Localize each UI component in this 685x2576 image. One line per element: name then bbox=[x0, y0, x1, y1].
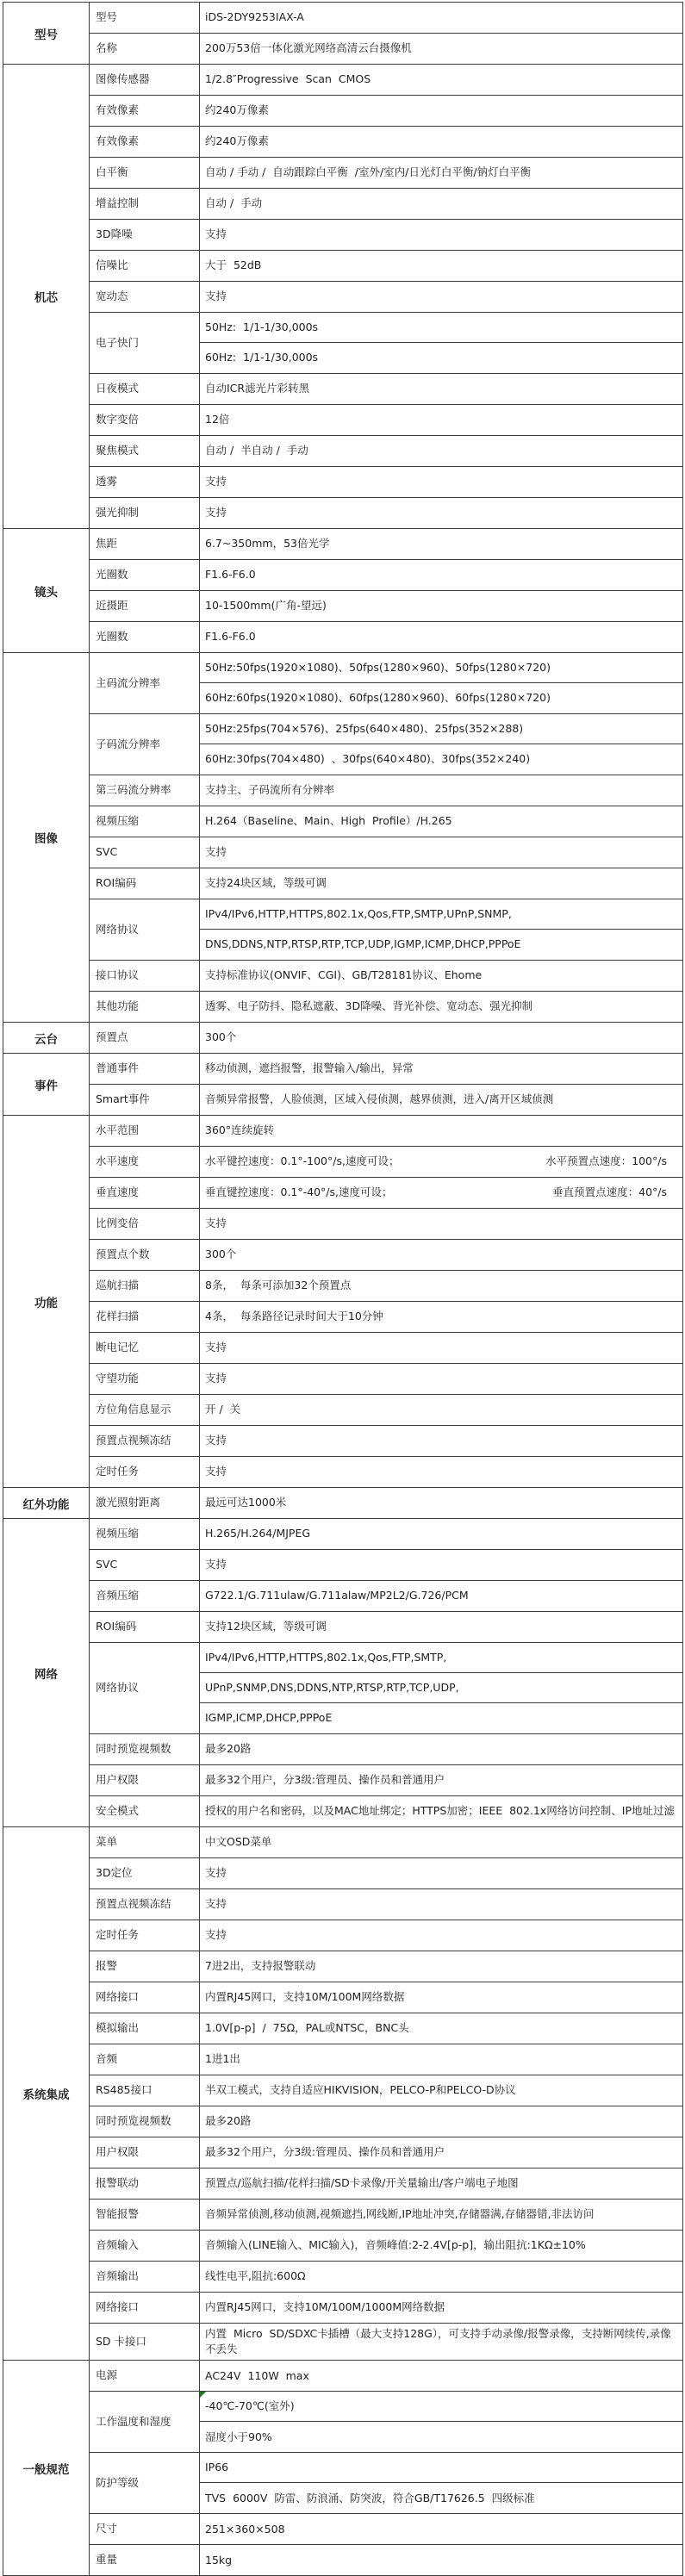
spec-value: 60Hz: 1/1-1/30,000s bbox=[200, 343, 682, 373]
spec-label: 预置点视频冻结 bbox=[90, 1889, 200, 1920]
spec-values: 垂直键控速度：0.1°-40°/s,速度可设；垂直预置点速度：40°/s bbox=[200, 1178, 682, 1208]
spec-values: 15kg bbox=[200, 2545, 682, 2575]
spec-label: 报警联动 bbox=[90, 2168, 200, 2199]
section-rows: 视频压缩H.265/H.264/MJPEGSVC支持音频压缩G722.1/G.7… bbox=[90, 1519, 682, 1826]
spec-values: 251×360×508 bbox=[200, 2514, 682, 2544]
spec-label: 光圈数 bbox=[90, 560, 200, 590]
spec-value: 支持 bbox=[200, 1858, 682, 1888]
spec-row: 光圈数F1.6-F6.0 bbox=[90, 622, 682, 652]
spec-label: 同时预览视频数 bbox=[90, 2106, 200, 2137]
spec-row: 焦距6.7~350mm，53倍光学 bbox=[90, 529, 682, 560]
spec-label: 定时任务 bbox=[90, 1920, 200, 1951]
spec-values: 移动侦测，遮挡报警，报警输入/输出，异常 bbox=[200, 1054, 682, 1084]
spec-row: 预置点视频冻结支持 bbox=[90, 1426, 682, 1457]
spec-label: 方位角信息显示 bbox=[90, 1395, 200, 1425]
spec-label: 接口协议 bbox=[90, 961, 200, 991]
spec-values: 支持主、子码流所有分辨率 bbox=[200, 775, 682, 806]
spec-value: 预置点/巡航扫描/花样扫描/SD卡录像/开关量输出/客户端电子地图 bbox=[200, 2168, 682, 2199]
category-cell: 网络 bbox=[3, 1519, 90, 1826]
spec-value: 支持 bbox=[200, 498, 682, 528]
spec-section: 一般规范电源AC24V 110W max工作温度和湿度-40℃-70℃(室外)湿… bbox=[3, 2361, 682, 2575]
spec-values: 最多32个用户，分3级:管理员、操作员和普通用户 bbox=[200, 1765, 682, 1795]
spec-row: 音频压缩G722.1/G.711ulaw/G.711alaw/MP2L2/G.7… bbox=[90, 1581, 682, 1612]
spec-values: IP66TVS 6000V 防雷、防浪涌、防突波，符合GB/T17626.5 四… bbox=[200, 2453, 682, 2513]
spec-values: 约240万像素 bbox=[200, 96, 682, 126]
spec-value: 支持 bbox=[200, 467, 682, 497]
spec-label: 有效像素 bbox=[90, 127, 200, 157]
spec-value: 1.0V[p-p] / 75Ω，PAL或NTSC，BNC头 bbox=[200, 2013, 682, 2044]
spec-values: 支持 bbox=[200, 1889, 682, 1920]
spec-label: 音频压缩 bbox=[90, 1581, 200, 1611]
spec-value: UPnP,SNMP,DNS,DDNS,NTP,RTSP,RTP,TCP,UDP, bbox=[200, 1673, 682, 1703]
spec-values: IPv4/IPv6,HTTP,HTTPS,802.1x,Qos,FTP,SMTP… bbox=[200, 899, 682, 960]
spec-row: 信噪比大于 52dB bbox=[90, 251, 682, 282]
spec-row: 水平范围360°连续旋转 bbox=[90, 1116, 682, 1147]
spec-values: 半双工模式，支持自适应HIKVISION，PELCO-P和PELCO-D协议 bbox=[200, 2075, 682, 2106]
spec-label: 音频输出 bbox=[90, 2262, 200, 2292]
spec-row: 用户权限最多32个用户，分3级:管理员、操作员和普通用户 bbox=[90, 2137, 682, 2168]
spec-value: 8条， 每条可添加32个预置点 bbox=[200, 1271, 682, 1301]
spec-section: 型号型号iDS-2DY9253IAX-A名称200万53倍一体化激光网络高清云台… bbox=[3, 3, 682, 65]
spec-value: 251×360×508 bbox=[200, 2514, 682, 2544]
section-rows: 水平范围360°连续旋转水平速度水平键控速度：0.1°-100°/s,速度可设；… bbox=[90, 1116, 682, 1487]
spec-values: 授权的用户名和密码，以及MAC地址绑定；HTTPS加密；IEEE 802.1x网… bbox=[200, 1796, 682, 1826]
spec-values: 360°连续旋转 bbox=[200, 1116, 682, 1146]
spec-values: 水平键控速度：0.1°-100°/s,速度可设；水平预置点速度：100°/s bbox=[200, 1147, 682, 1177]
spec-row: 子码流分辨率50Hz:25fps(704×576)、25fps(640×480)… bbox=[90, 714, 682, 775]
spec-value: IGMP,ICMP,DHCP,PPPoE bbox=[200, 1703, 682, 1733]
spec-label: 3D定位 bbox=[90, 1858, 200, 1888]
spec-value: G722.1/G.711ulaw/G.711alaw/MP2L2/G.726/P… bbox=[200, 1581, 682, 1611]
spec-row: 网络协议IPv4/IPv6,HTTP,HTTPS,802.1x,Qos,FTP,… bbox=[90, 899, 682, 961]
spec-value: 授权的用户名和密码，以及MAC地址绑定；HTTPS加密；IEEE 802.1x网… bbox=[200, 1796, 682, 1826]
spec-row: 宽动态支持 bbox=[90, 282, 682, 313]
spec-value: 支持主、子码流所有分辨率 bbox=[200, 775, 682, 806]
spec-section: 镜头焦距6.7~350mm，53倍光学光圈数F1.6-F6.0近摄距10-150… bbox=[3, 529, 682, 653]
spec-row: 光圈数F1.6-F6.0 bbox=[90, 560, 682, 591]
spec-value: 自动ICR滤光片彩转黑 bbox=[200, 374, 682, 404]
spec-value: 约240万像素 bbox=[200, 96, 682, 126]
spec-label: 报警 bbox=[90, 1951, 200, 1982]
spec-label: 日夜模式 bbox=[90, 374, 200, 404]
spec-label: 工作温度和湿度 bbox=[90, 2392, 200, 2452]
spec-values: 支持 bbox=[200, 1209, 682, 1239]
spec-row: 主码流分辨率50Hz:50fps(1920×1080)、50fps(1280×9… bbox=[90, 653, 682, 714]
spec-value: DNS,DDNS,NTP,RTSP,RTP,TCP,UDP,IGMP,ICMP,… bbox=[200, 930, 682, 960]
spec-row: 聚焦模式自动 / 半自动 / 手动 bbox=[90, 436, 682, 467]
spec-value: 60Hz:60fps(1920×1080)、60fps(1280×960)、60… bbox=[200, 683, 682, 713]
spec-label: 名称 bbox=[90, 34, 200, 64]
spec-values: 音频异常报警，人脸侦测，区域入侵侦测，越界侦测，进入/离开区域侦测 bbox=[200, 1085, 682, 1115]
spec-row: 激光照射距离最远可达1000米 bbox=[90, 1488, 682, 1518]
spec-value: 水平键控速度：0.1°-100°/s,速度可设；水平预置点速度：100°/s bbox=[200, 1147, 682, 1177]
spec-row: 花样扫描4条， 每条路径记录时间大于10分钟 bbox=[90, 1302, 682, 1333]
spec-row: SVC支持 bbox=[90, 1550, 682, 1581]
spec-values: F1.6-F6.0 bbox=[200, 622, 682, 652]
spec-row: 报警联动预置点/巡航扫描/花样扫描/SD卡录像/开关量输出/客户端电子地图 bbox=[90, 2168, 682, 2200]
spec-values: 内置RJ45网口，支持10M/100M网络数据 bbox=[200, 1982, 682, 2013]
spec-section: 机芯图像传感器1/2.8″Progressive Scan CMOS有效像素约2… bbox=[3, 65, 682, 529]
spec-row: 音频输入音频输入(LINE输入、MIC输入)，音频峰值:2-2.4V[p-p]，… bbox=[90, 2231, 682, 2262]
spec-label: SD 卡接口 bbox=[90, 2324, 200, 2360]
spec-values: 6.7~350mm，53倍光学 bbox=[200, 529, 682, 559]
spec-row: 报警7进2出，支持报警联动 bbox=[90, 1951, 682, 1982]
spec-value: 60Hz:30fps(704×480) 、30fps(640×480)、30fp… bbox=[200, 744, 682, 775]
spec-value: IPv4/IPv6,HTTP,HTTPS,802.1x,Qos,FTP,SMTP… bbox=[200, 899, 682, 930]
spec-row: 防护等级IP66TVS 6000V 防雷、防浪涌、防突波，符合GB/T17626… bbox=[90, 2453, 682, 2514]
spec-row: 预置点个数300个 bbox=[90, 1240, 682, 1271]
spec-row: 方位角信息显示开 / 关 bbox=[90, 1395, 682, 1426]
spec-label: 守望功能 bbox=[90, 1364, 200, 1394]
category-cell: 镜头 bbox=[3, 529, 90, 652]
spec-values: H.264（Baseline、Main、High Profile）/H.265 bbox=[200, 806, 682, 837]
spec-value: 7进2出，支持报警联动 bbox=[200, 1951, 682, 1982]
spec-value: 最远可达1000米 bbox=[200, 1488, 682, 1518]
spec-label: 安全模式 bbox=[90, 1796, 200, 1826]
spec-values: 最多32个用户，分3级:管理员、操作员和普通用户 bbox=[200, 2137, 682, 2168]
spec-row: 安全模式授权的用户名和密码，以及MAC地址绑定；HTTPS加密；IEEE 802… bbox=[90, 1796, 682, 1826]
spec-value: 4条， 每条路径记录时间大于10分钟 bbox=[200, 1302, 682, 1332]
section-rows: 菜单中文OSD菜单3D定位支持预置点视频冻结支持定时任务支持报警7进2出，支持报… bbox=[90, 1827, 682, 2360]
spec-values: 最多20路 bbox=[200, 2106, 682, 2137]
spec-row: 垂直速度垂直键控速度：0.1°-40°/s,速度可设；垂直预置点速度：40°/s bbox=[90, 1178, 682, 1209]
spec-value: 中文OSD菜单 bbox=[200, 1827, 682, 1857]
spec-label: 用户权限 bbox=[90, 2137, 200, 2168]
spec-value: 支持 bbox=[200, 1457, 682, 1487]
spec-value: 最多20路 bbox=[200, 2106, 682, 2137]
spec-values: 支持 bbox=[200, 1858, 682, 1888]
spec-label: 垂直速度 bbox=[90, 1178, 200, 1208]
spec-value: 开 / 关 bbox=[200, 1395, 682, 1425]
section-rows: 焦距6.7~350mm，53倍光学光圈数F1.6-F6.0近摄距10-1500m… bbox=[90, 529, 682, 652]
spec-values: 支持12块区域，等级可调 bbox=[200, 1612, 682, 1642]
spec-value: 音频异常报警，人脸侦测，区域入侵侦测，越界侦测，进入/离开区域侦测 bbox=[200, 1085, 682, 1115]
spec-label: 重量 bbox=[90, 2545, 200, 2575]
spec-value: 内置RJ45网口，支持10M/100M/1000M网络数据 bbox=[200, 2293, 682, 2323]
spec-values: AC24V 110W max bbox=[200, 2361, 682, 2391]
spec-label: 音频 bbox=[90, 2044, 200, 2075]
spec-row: 第三码流分辨率支持主、子码流所有分辨率 bbox=[90, 775, 682, 806]
spec-row: 守望功能支持 bbox=[90, 1364, 682, 1395]
spec-values: 自动ICR滤光片彩转黑 bbox=[200, 374, 682, 404]
spec-value: 支持 bbox=[200, 1333, 682, 1363]
spec-row: 网络接口内置RJ45网口，支持10M/100M/1000M网络数据 bbox=[90, 2293, 682, 2324]
spec-label: SVC bbox=[90, 837, 200, 868]
spec-value: F1.6-F6.0 bbox=[200, 622, 682, 652]
section-rows: 电源AC24V 110W max工作温度和湿度-40℃-70℃(室外)湿度小于9… bbox=[90, 2361, 682, 2575]
spec-row: 接口协议支持标准协议(ONVIF、CGI)、GB/T28181协议、Ehome bbox=[90, 961, 682, 992]
spec-label: 第三码流分辨率 bbox=[90, 775, 200, 806]
spec-row: 白平衡自动 / 手动 / 自动跟踪白平衡 /室外/室内/日光灯白平衡/钠灯白平衡 bbox=[90, 158, 682, 189]
spec-label: 增益控制 bbox=[90, 189, 200, 219]
section-rows: 激光照射距离最远可达1000米 bbox=[90, 1488, 682, 1518]
spec-label: 同时预览视频数 bbox=[90, 1734, 200, 1764]
spec-value: 支持 bbox=[200, 1364, 682, 1394]
spec-value: 支持 bbox=[200, 1550, 682, 1580]
spec-values: IPv4/IPv6,HTTP,HTTPS,802.1x,Qos,FTP,SMTP… bbox=[200, 1643, 682, 1733]
spec-label: 巡航扫描 bbox=[90, 1271, 200, 1301]
spec-label: 其他功能 bbox=[90, 992, 200, 1022]
spec-values: 支持 bbox=[200, 498, 682, 528]
spec-values: 50Hz: 1/1-1/30,000s60Hz: 1/1-1/30,000s bbox=[200, 313, 682, 373]
spec-values: 300个 bbox=[200, 1240, 682, 1270]
spec-value: 自动 / 手动 bbox=[200, 189, 682, 219]
spec-label: 电子快门 bbox=[90, 313, 200, 373]
spec-values: 支持24块区域，等级可调 bbox=[200, 868, 682, 899]
spec-row: 比例变倍支持 bbox=[90, 1209, 682, 1240]
spec-row: ROI编码支持12块区域，等级可调 bbox=[90, 1612, 682, 1643]
spec-label: Smart事件 bbox=[90, 1085, 200, 1115]
spec-value: 内置 Micro SD/SDXC卡插槽（最大支持128G），可支持手动录像/报警… bbox=[200, 2324, 682, 2360]
category-cell: 系统集成 bbox=[3, 1827, 90, 2360]
spec-value: 自动 / 手动 / 自动跟踪白平衡 /室外/室内/日光灯白平衡/钠灯白平衡 bbox=[200, 158, 682, 188]
spec-section: 系统集成菜单中文OSD菜单3D定位支持预置点视频冻结支持定时任务支持报警7进2出… bbox=[3, 1827, 682, 2361]
spec-label: 网络接口 bbox=[90, 2293, 200, 2323]
spec-label: 普通事件 bbox=[90, 1054, 200, 1084]
spec-value: IP66 bbox=[200, 2453, 682, 2483]
spec-values: 4条， 每条路径记录时间大于10分钟 bbox=[200, 1302, 682, 1332]
spec-value: 10-1500mm(广角-望远) bbox=[200, 591, 682, 621]
spec-label: ROI编码 bbox=[90, 1612, 200, 1642]
spec-values: F1.6-F6.0 bbox=[200, 560, 682, 590]
spec-row: 网络协议IPv4/IPv6,HTTP,HTTPS,802.1x,Qos,FTP,… bbox=[90, 1643, 682, 1734]
spec-row: 巡航扫描8条， 每条可添加32个预置点 bbox=[90, 1271, 682, 1302]
spec-value: 半双工模式，支持自适应HIKVISION，PELCO-P和PELCO-D协议 bbox=[200, 2075, 682, 2106]
section-rows: 普通事件移动侦测，遮挡报警，报警输入/输出，异常Smart事件音频异常报警，人脸… bbox=[90, 1054, 682, 1115]
spec-value: 50Hz:25fps(704×576)、25fps(640×480)、25fps… bbox=[200, 714, 682, 744]
spec-value: 垂直键控速度：0.1°-40°/s,速度可设；垂直预置点速度：40°/s bbox=[200, 1178, 682, 1208]
spec-row: RS485接口半双工模式，支持自适应HIKVISION，PELCO-P和PELC… bbox=[90, 2075, 682, 2106]
section-rows: 型号iDS-2DY9253IAX-A名称200万53倍一体化激光网络高清云台摄像… bbox=[90, 3, 682, 64]
spec-values: H.265/H.264/MJPEG bbox=[200, 1519, 682, 1549]
spec-value: 线性电平,阻抗:600Ω bbox=[200, 2262, 682, 2292]
spec-values: 7进2出，支持报警联动 bbox=[200, 1951, 682, 1982]
spec-values: 支持 bbox=[200, 1426, 682, 1456]
spec-values: 内置RJ45网口，支持10M/100M/1000M网络数据 bbox=[200, 2293, 682, 2323]
spec-row: 透雾支持 bbox=[90, 467, 682, 498]
spec-row: 其他功能透雾、电子防抖、隐私遮蔽、3D降噪、背光补偿、宽动态、强光抑制 bbox=[90, 992, 682, 1022]
spec-row: 数字变倍12倍 bbox=[90, 405, 682, 436]
spec-values: 支持 bbox=[200, 1333, 682, 1363]
spec-section: 图像主码流分辨率50Hz:50fps(1920×1080)、50fps(1280… bbox=[3, 653, 682, 1023]
spec-label: 网络协议 bbox=[90, 1643, 200, 1733]
spec-label: 视频压缩 bbox=[90, 1519, 200, 1549]
spec-row: 尺寸251×360×508 bbox=[90, 2514, 682, 2545]
spec-row: 重量15kg bbox=[90, 2545, 682, 2575]
spec-label: 尺寸 bbox=[90, 2514, 200, 2544]
spec-values: 10-1500mm(广角-望远) bbox=[200, 591, 682, 621]
spec-label: 视频压缩 bbox=[90, 806, 200, 837]
spec-value: TVS 6000V 防雷、防浪涌、防突波，符合GB/T17626.5 四级标准 bbox=[200, 2483, 682, 2513]
spec-label: 子码流分辨率 bbox=[90, 714, 200, 775]
spec-value: 1/2.8″Progressive Scan CMOS bbox=[200, 65, 682, 95]
spec-row: 工作温度和湿度-40℃-70℃(室外)湿度小于90% bbox=[90, 2392, 682, 2453]
spec-section: 功能水平范围360°连续旋转水平速度水平键控速度：0.1°-100°/s,速度可… bbox=[3, 1116, 682, 1488]
spec-values: 约240万像素 bbox=[200, 127, 682, 157]
spec-label: 图像传感器 bbox=[90, 65, 200, 95]
spec-label: 花样扫描 bbox=[90, 1302, 200, 1332]
spec-label: 预置点 bbox=[90, 1023, 200, 1053]
spec-values: 50Hz:50fps(1920×1080)、50fps(1280×960)、50… bbox=[200, 653, 682, 713]
spec-value-right: 垂直预置点速度：40°/s bbox=[552, 1185, 676, 1200]
spec-label: 白平衡 bbox=[90, 158, 200, 188]
spec-label: 信噪比 bbox=[90, 251, 200, 281]
spec-row: 3D降噪支持 bbox=[90, 220, 682, 251]
spec-value: 约240万像素 bbox=[200, 127, 682, 157]
spec-values: 8条， 每条可添加32个预置点 bbox=[200, 1271, 682, 1301]
spec-section: 云台预置点300个 bbox=[3, 1023, 682, 1054]
spec-value: 移动侦测，遮挡报警，报警输入/输出，异常 bbox=[200, 1054, 682, 1084]
spec-values: 1/2.8″Progressive Scan CMOS bbox=[200, 65, 682, 95]
spec-row: 定时任务支持 bbox=[90, 1920, 682, 1951]
spec-row: 断电记忆支持 bbox=[90, 1333, 682, 1364]
spec-row: 强光抑制支持 bbox=[90, 498, 682, 528]
spec-values: 支持 bbox=[200, 467, 682, 497]
spec-value: H.264（Baseline、Main、High Profile）/H.265 bbox=[200, 806, 682, 837]
spec-table: 型号型号iDS-2DY9253IAX-A名称200万53倍一体化激光网络高清云台… bbox=[3, 2, 683, 2576]
spec-value: -40℃-70℃(室外) bbox=[200, 2392, 682, 2422]
spec-row: ROI编码支持24块区域，等级可调 bbox=[90, 868, 682, 899]
spec-label: SVC bbox=[90, 1550, 200, 1580]
spec-value-left: 垂直键控速度：0.1°-40°/s,速度可设； bbox=[205, 1185, 393, 1200]
spec-row: 普通事件移动侦测，遮挡报警，报警输入/输出，异常 bbox=[90, 1054, 682, 1085]
spec-label: 透雾 bbox=[90, 467, 200, 497]
spec-label: 网络接口 bbox=[90, 1982, 200, 2013]
spec-row: 音频输出线性电平,阻抗:600Ω bbox=[90, 2262, 682, 2293]
spec-row: 音频1进1出 bbox=[90, 2044, 682, 2075]
spec-label: 网络协议 bbox=[90, 899, 200, 960]
spec-row: 有效像素约240万像素 bbox=[90, 96, 682, 127]
spec-row: 日夜模式自动ICR滤光片彩转黑 bbox=[90, 374, 682, 405]
spec-row: 预置点视频冻结支持 bbox=[90, 1889, 682, 1920]
spec-label: 近摄距 bbox=[90, 591, 200, 621]
spec-row: 模拟输出1.0V[p-p] / 75Ω，PAL或NTSC，BNC头 bbox=[90, 2013, 682, 2044]
spec-values: 支持 bbox=[200, 1550, 682, 1580]
spec-row: 3D定位支持 bbox=[90, 1858, 682, 1889]
spec-section: 红外功能激光照射距离最远可达1000米 bbox=[3, 1488, 682, 1519]
spec-row: 网络接口内置RJ45网口，支持10M/100M网络数据 bbox=[90, 1982, 682, 2013]
spec-values: 自动 / 手动 bbox=[200, 189, 682, 219]
spec-value: 支持12块区域，等级可调 bbox=[200, 1612, 682, 1642]
spec-values: 开 / 关 bbox=[200, 1395, 682, 1425]
spec-row: 同时预览视频数最多20路 bbox=[90, 1734, 682, 1765]
spec-row: 菜单中文OSD菜单 bbox=[90, 1827, 682, 1858]
spec-row: 图像传感器1/2.8″Progressive Scan CMOS bbox=[90, 65, 682, 96]
spec-row: 名称200万53倍一体化激光网络高清云台摄像机 bbox=[90, 34, 682, 64]
spec-value: 15kg bbox=[200, 2545, 682, 2575]
spec-row: 增益控制自动 / 手动 bbox=[90, 189, 682, 220]
spec-value-right: 水平预置点速度：100°/s bbox=[545, 1154, 676, 1169]
spec-value: iDS-2DY9253IAX-A bbox=[200, 3, 682, 33]
spec-label: 型号 bbox=[90, 3, 200, 33]
spec-label: 用户权限 bbox=[90, 1765, 200, 1795]
spec-label: 电源 bbox=[90, 2361, 200, 2391]
spec-label: 焦距 bbox=[90, 529, 200, 559]
spec-values: 最多20路 bbox=[200, 1734, 682, 1764]
spec-label: 防护等级 bbox=[90, 2453, 200, 2513]
spec-label: 主码流分辨率 bbox=[90, 653, 200, 713]
spec-value: F1.6-F6.0 bbox=[200, 560, 682, 590]
comment-marker-icon bbox=[200, 2392, 206, 2398]
spec-value: 音频输入(LINE输入、MIC输入)，音频峰值:2-2.4V[p-p]，输出阻抗… bbox=[200, 2231, 682, 2261]
spec-label: 预置点个数 bbox=[90, 1240, 200, 1270]
spec-label: 音频输入 bbox=[90, 2231, 200, 2261]
spec-values: 支持 bbox=[200, 1364, 682, 1394]
spec-row: 定时任务支持 bbox=[90, 1457, 682, 1487]
spec-section: 网络视频压缩H.265/H.264/MJPEGSVC支持音频压缩G722.1/G… bbox=[3, 1519, 682, 1827]
spec-label: 3D降噪 bbox=[90, 220, 200, 250]
spec-values: 中文OSD菜单 bbox=[200, 1827, 682, 1857]
spec-value: 最多32个用户，分3级:管理员、操作员和普通用户 bbox=[200, 1765, 682, 1795]
spec-row: 视频压缩H.264（Baseline、Main、High Profile）/H.… bbox=[90, 806, 682, 837]
spec-label: 定时任务 bbox=[90, 1457, 200, 1487]
spec-label: 水平速度 bbox=[90, 1147, 200, 1177]
spec-value: 自动 / 半自动 / 手动 bbox=[200, 436, 682, 466]
spec-row: 同时预览视频数最多20路 bbox=[90, 2106, 682, 2137]
spec-values: 大于 52dB bbox=[200, 251, 682, 281]
spec-value: 透雾、电子防抖、隐私遮蔽、3D降噪、背光补偿、宽动态、强光抑制 bbox=[200, 992, 682, 1022]
spec-label: RS485接口 bbox=[90, 2075, 200, 2106]
spec-label: 断电记忆 bbox=[90, 1333, 200, 1363]
category-cell: 图像 bbox=[3, 653, 90, 1022]
spec-value: AC24V 110W max bbox=[200, 2361, 682, 2391]
spec-value: 支持标准协议(ONVIF、CGI)、GB/T28181协议、Ehome bbox=[200, 961, 682, 991]
spec-value: 6.7~350mm，53倍光学 bbox=[200, 529, 682, 559]
spec-values: 50Hz:25fps(704×576)、25fps(640×480)、25fps… bbox=[200, 714, 682, 775]
spec-row: 型号iDS-2DY9253IAX-A bbox=[90, 3, 682, 34]
spec-values: 200万53倍一体化激光网络高清云台摄像机 bbox=[200, 34, 682, 64]
spec-values: 自动 / 手动 / 自动跟踪白平衡 /室外/室内/日光灯白平衡/钠灯白平衡 bbox=[200, 158, 682, 188]
spec-value: 大于 52dB bbox=[200, 251, 682, 281]
spec-values: 支持 bbox=[200, 1920, 682, 1951]
spec-value: 360°连续旋转 bbox=[200, 1116, 682, 1146]
spec-label: 比例变倍 bbox=[90, 1209, 200, 1239]
spec-row: SVC支持 bbox=[90, 837, 682, 868]
spec-value: 最多20路 bbox=[200, 1734, 682, 1764]
spec-label: 激光照射距离 bbox=[90, 1488, 200, 1518]
spec-value-text: -40℃-70℃(室外) bbox=[205, 2399, 295, 2414]
spec-section: 事件普通事件移动侦测，遮挡报警，报警输入/输出，异常Smart事件音频异常报警，… bbox=[3, 1054, 682, 1116]
spec-values: iDS-2DY9253IAX-A bbox=[200, 3, 682, 33]
section-rows: 主码流分辨率50Hz:50fps(1920×1080)、50fps(1280×9… bbox=[90, 653, 682, 1022]
spec-row: 智能报警音频异常侦测,移动侦测,视频遮挡,网线断,IP地址冲突,存储器满,存储器… bbox=[90, 2200, 682, 2231]
spec-values: 支持 bbox=[200, 220, 682, 250]
spec-value: 50Hz:50fps(1920×1080)、50fps(1280×960)、50… bbox=[200, 653, 682, 683]
category-cell: 机芯 bbox=[3, 65, 90, 528]
spec-values: 预置点/巡航扫描/花样扫描/SD卡录像/开关量输出/客户端电子地图 bbox=[200, 2168, 682, 2199]
spec-label: 模拟输出 bbox=[90, 2013, 200, 2044]
category-cell: 事件 bbox=[3, 1054, 90, 1115]
spec-value: H.265/H.264/MJPEG bbox=[200, 1519, 682, 1549]
spec-values: G722.1/G.711ulaw/G.711alaw/MP2L2/G.726/P… bbox=[200, 1581, 682, 1611]
spec-row: 电源AC24V 110W max bbox=[90, 2361, 682, 2392]
spec-values: 支持标准协议(ONVIF、CGI)、GB/T28181协议、Ehome bbox=[200, 961, 682, 991]
spec-values: 透雾、电子防抖、隐私遮蔽、3D降噪、背光补偿、宽动态、强光抑制 bbox=[200, 992, 682, 1022]
section-rows: 图像传感器1/2.8″Progressive Scan CMOS有效像素约240… bbox=[90, 65, 682, 528]
spec-value: 12倍 bbox=[200, 405, 682, 435]
category-cell: 一般规范 bbox=[3, 2361, 90, 2575]
spec-row: 近摄距10-1500mm(广角-望远) bbox=[90, 591, 682, 622]
category-cell: 功能 bbox=[3, 1116, 90, 1487]
category-cell: 红外功能 bbox=[3, 1488, 90, 1518]
spec-values: 300个 bbox=[200, 1023, 682, 1053]
spec-value: 支持 bbox=[200, 1920, 682, 1951]
spec-value: 200万53倍一体化激光网络高清云台摄像机 bbox=[200, 34, 682, 64]
spec-row: 水平速度水平键控速度：0.1°-100°/s,速度可设；水平预置点速度：100°… bbox=[90, 1147, 682, 1178]
spec-label: 宽动态 bbox=[90, 282, 200, 312]
spec-values: 音频输入(LINE输入、MIC输入)，音频峰值:2-2.4V[p-p]，输出阻抗… bbox=[200, 2231, 682, 2261]
spec-values: -40℃-70℃(室外)湿度小于90% bbox=[200, 2392, 682, 2452]
